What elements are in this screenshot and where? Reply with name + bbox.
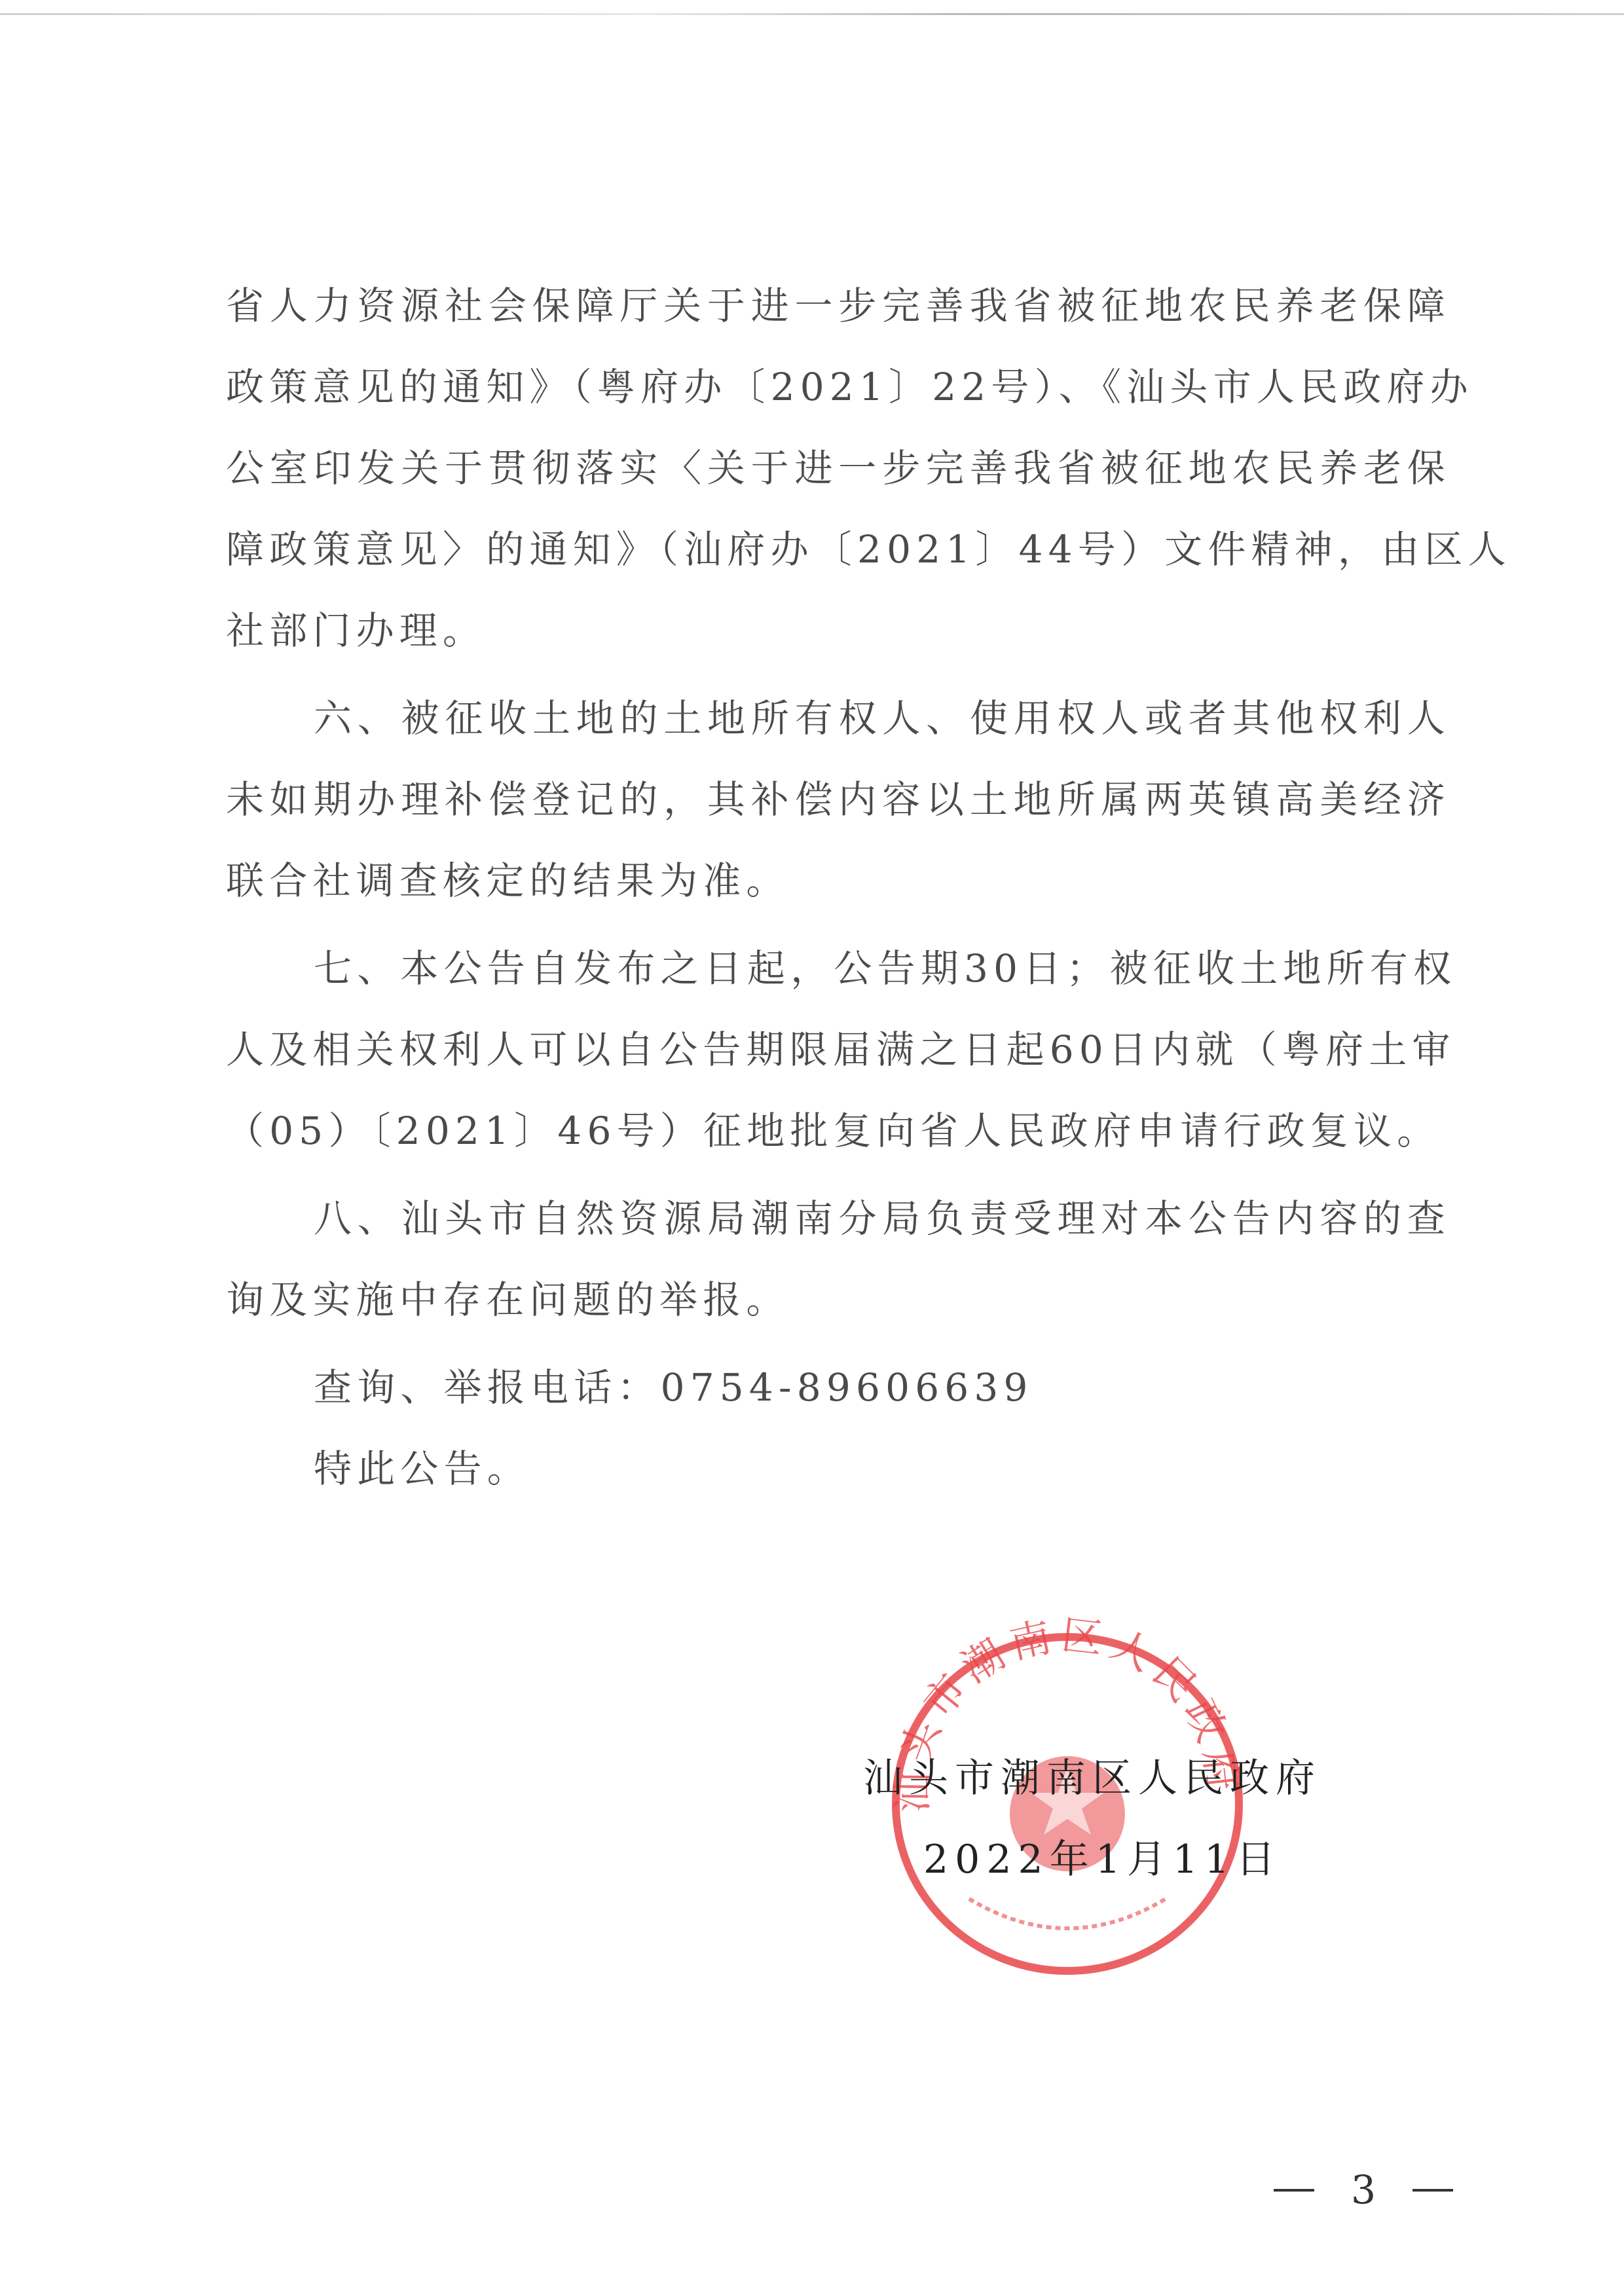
clause-six-line: 六、被征收土地的土地所有权人、使用权人或者其他权利人 [314,695,1450,741]
clause-eight-line: 询及实施中存在问题的举报。 [226,1277,1450,1323]
page-dash-right [1412,2189,1453,2192]
clause-eight-line: 八、汕头市自然资源局潮南分局负责受理对本公告内容的查 [314,1196,1450,1241]
body-line: 障政策意见〉的通知》（汕府办〔2021〕44号）文件精神，由区人 [226,526,1450,572]
clause-six-line: 未如期办理补偿登记的，其补偿内容以土地所属两英镇高美经济 [226,777,1450,822]
issue-date: 2022年1月11日 [923,1828,1282,1884]
body-line: 政策意见的通知》（粤府办〔2021〕22号）、《汕头市人民政府办 [226,364,1450,410]
scan-edge-line [0,13,1624,15]
page-number: 3 [1274,2167,1453,2213]
clause-seven-line: 七、本公告自发布之日起，公告期30日；被征收土地所有权 [314,946,1450,991]
body-line: 公室印发关于贯彻落实〈关于进一步完善我省被征地农民养老保 [226,445,1450,491]
body-line: 社部门办理。 [226,608,1450,653]
clause-seven-line: 人及相关权利人可以自公告期限届满之日起60日内就（粤府土审 [226,1027,1450,1073]
issuer-name: 汕头市潮南区人民政府 [863,1747,1321,1803]
closing-line: 特此公告。 [314,1446,1450,1492]
page-number-value: 3 [1351,2167,1376,2213]
body-line: 省人力资源社会保障厅关于进一步完善我省被征地农民养老保障 [226,283,1450,329]
clause-seven-line: （05）〔2021〕46号）征地批复向省人民政府申请行政复议。 [226,1108,1450,1154]
page-dash-left [1274,2189,1314,2192]
contact-phone-line: 查询、举报电话：0754-89606639 [314,1365,1450,1410]
clause-six-line: 联合社调查核定的结果为准。 [226,858,1450,904]
